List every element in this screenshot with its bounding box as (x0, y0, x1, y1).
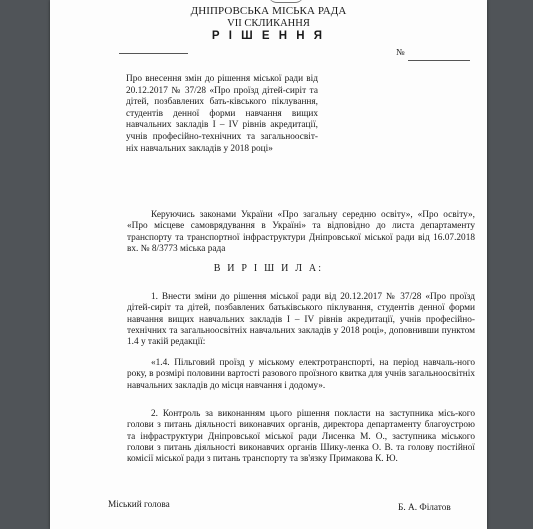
coat-of-arms-icon (268, 0, 304, 3)
document-type-title: Р І Ш Е Н Н Я (50, 30, 487, 42)
clause-1-4: «1.4. Пільговий проїзд у міському електр… (127, 358, 475, 392)
decision-subject: Про внесення змін до рішення міської рад… (126, 74, 318, 155)
date-blank-line (119, 53, 188, 54)
number-blank-line (408, 60, 470, 61)
convocation: VII СКЛИКАННЯ (50, 18, 487, 29)
decided-heading: В И Р І Ш И Л А: (50, 263, 487, 274)
council-name: ДНІПРОВСЬКА МІСЬКА РАДА (50, 5, 487, 17)
number-label: № (396, 47, 405, 57)
document-page: ДНІПРОВСЬКА МІСЬКА РАДА VII СКЛИКАННЯ Р … (50, 0, 487, 529)
signatory-name: Б. А. Філатов (398, 503, 451, 513)
clause-1: 1. Внести зміни до рішення міської ради … (127, 292, 475, 348)
clause-2: 2. Контроль за виконанням цього рішення … (127, 409, 475, 465)
signatory-role: Міський голова (108, 500, 170, 510)
preamble-paragraph: Керуючись законами України «Про загальну… (127, 210, 475, 255)
